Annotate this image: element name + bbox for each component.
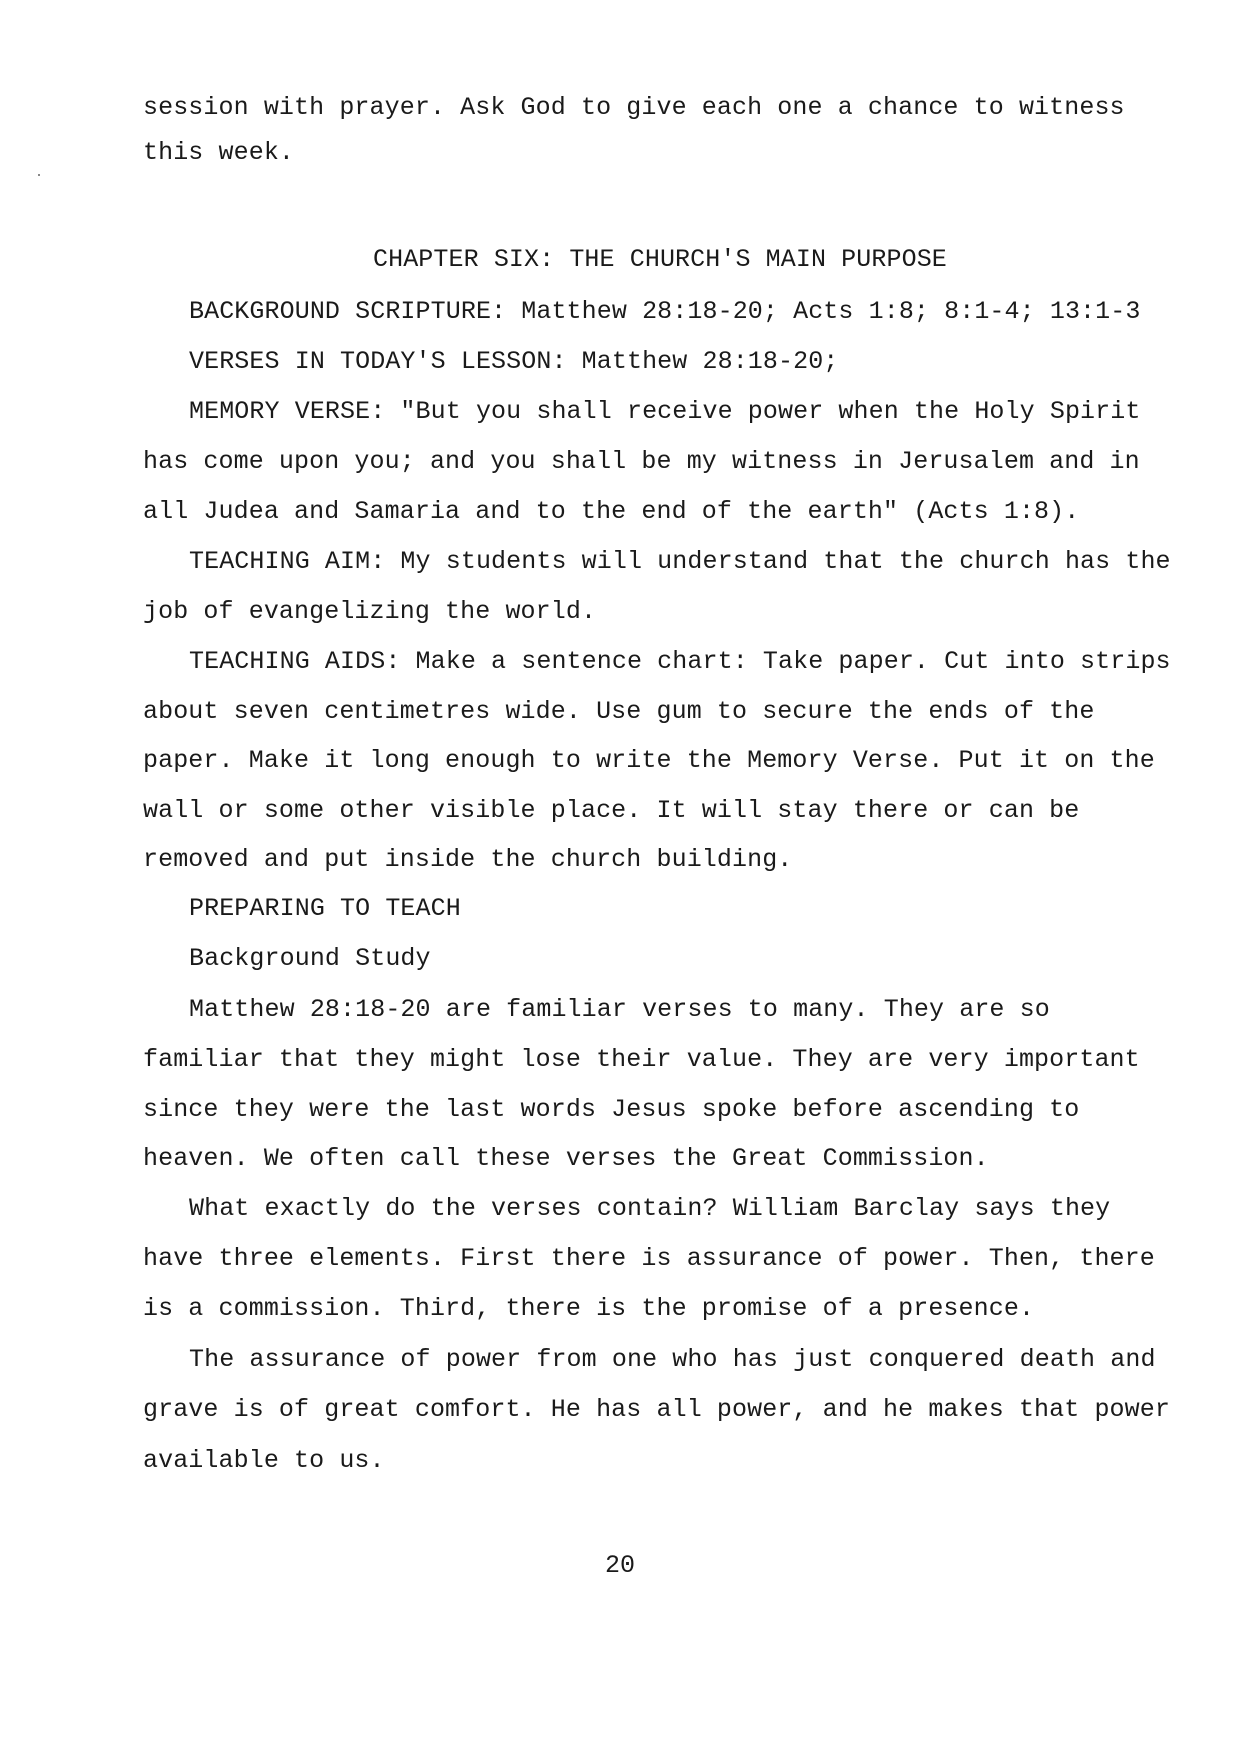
paragraph-line: grave is of great comfort. He has all po… [143, 1395, 1170, 1425]
memory-verse-line: all Judea and Samaria and to the end of … [143, 497, 1079, 527]
page-number: 20 [0, 1551, 1240, 1581]
teaching-aids-line: removed and put inside the church buildi… [143, 845, 792, 875]
paragraph-line: Matthew 28:18-20 are familiar verses to … [189, 995, 1050, 1025]
document-page: session with prayer. Ask God to give eac… [0, 0, 1240, 1753]
memory-verse-line: has come upon you; and you shall be my w… [143, 447, 1140, 477]
chapter-title: CHAPTER SIX: THE CHURCH'S MAIN PURPOSE [373, 245, 947, 275]
teaching-aids-line: TEACHING AIDS: Make a sentence chart: Ta… [189, 647, 1171, 677]
verses-in-todays-lesson: VERSES IN TODAY'S LESSON: Matthew 28:18-… [189, 347, 838, 377]
continuation-line: session with prayer. Ask God to give eac… [143, 93, 1125, 123]
paragraph-line: available to us. [143, 1446, 385, 1476]
teaching-aids-line: about seven centimetres wide. Use gum to… [143, 697, 1094, 727]
paragraph-line: What exactly do the verses contain? Will… [189, 1194, 1110, 1224]
teaching-aim-line: job of evangelizing the world. [143, 597, 596, 627]
background-scripture: BACKGROUND SCRIPTURE: Matthew 28:18-20; … [189, 297, 1140, 327]
scan-speck [38, 174, 40, 176]
paragraph-line: familiar that they might lose their valu… [143, 1045, 1140, 1075]
paragraph-line: The assurance of power from one who has … [189, 1345, 1156, 1375]
subsection-heading: Background Study [189, 944, 431, 974]
continuation-line: this week. [143, 138, 294, 168]
paragraph-line: heaven. We often call these verses the G… [143, 1144, 989, 1174]
teaching-aids-line: wall or some other visible place. It wil… [143, 796, 1079, 826]
paragraph-line: have three elements. First there is assu… [143, 1244, 1155, 1274]
section-heading: PREPARING TO TEACH [189, 894, 461, 924]
teaching-aids-line: paper. Make it long enough to write the … [143, 746, 1155, 776]
teaching-aim-line: TEACHING AIM: My students will understan… [189, 547, 1171, 577]
paragraph-line: since they were the last words Jesus spo… [143, 1095, 1079, 1125]
memory-verse-line: MEMORY VERSE: "But you shall receive pow… [189, 397, 1140, 427]
paragraph-line: is a commission. Third, there is the pro… [143, 1294, 1034, 1324]
